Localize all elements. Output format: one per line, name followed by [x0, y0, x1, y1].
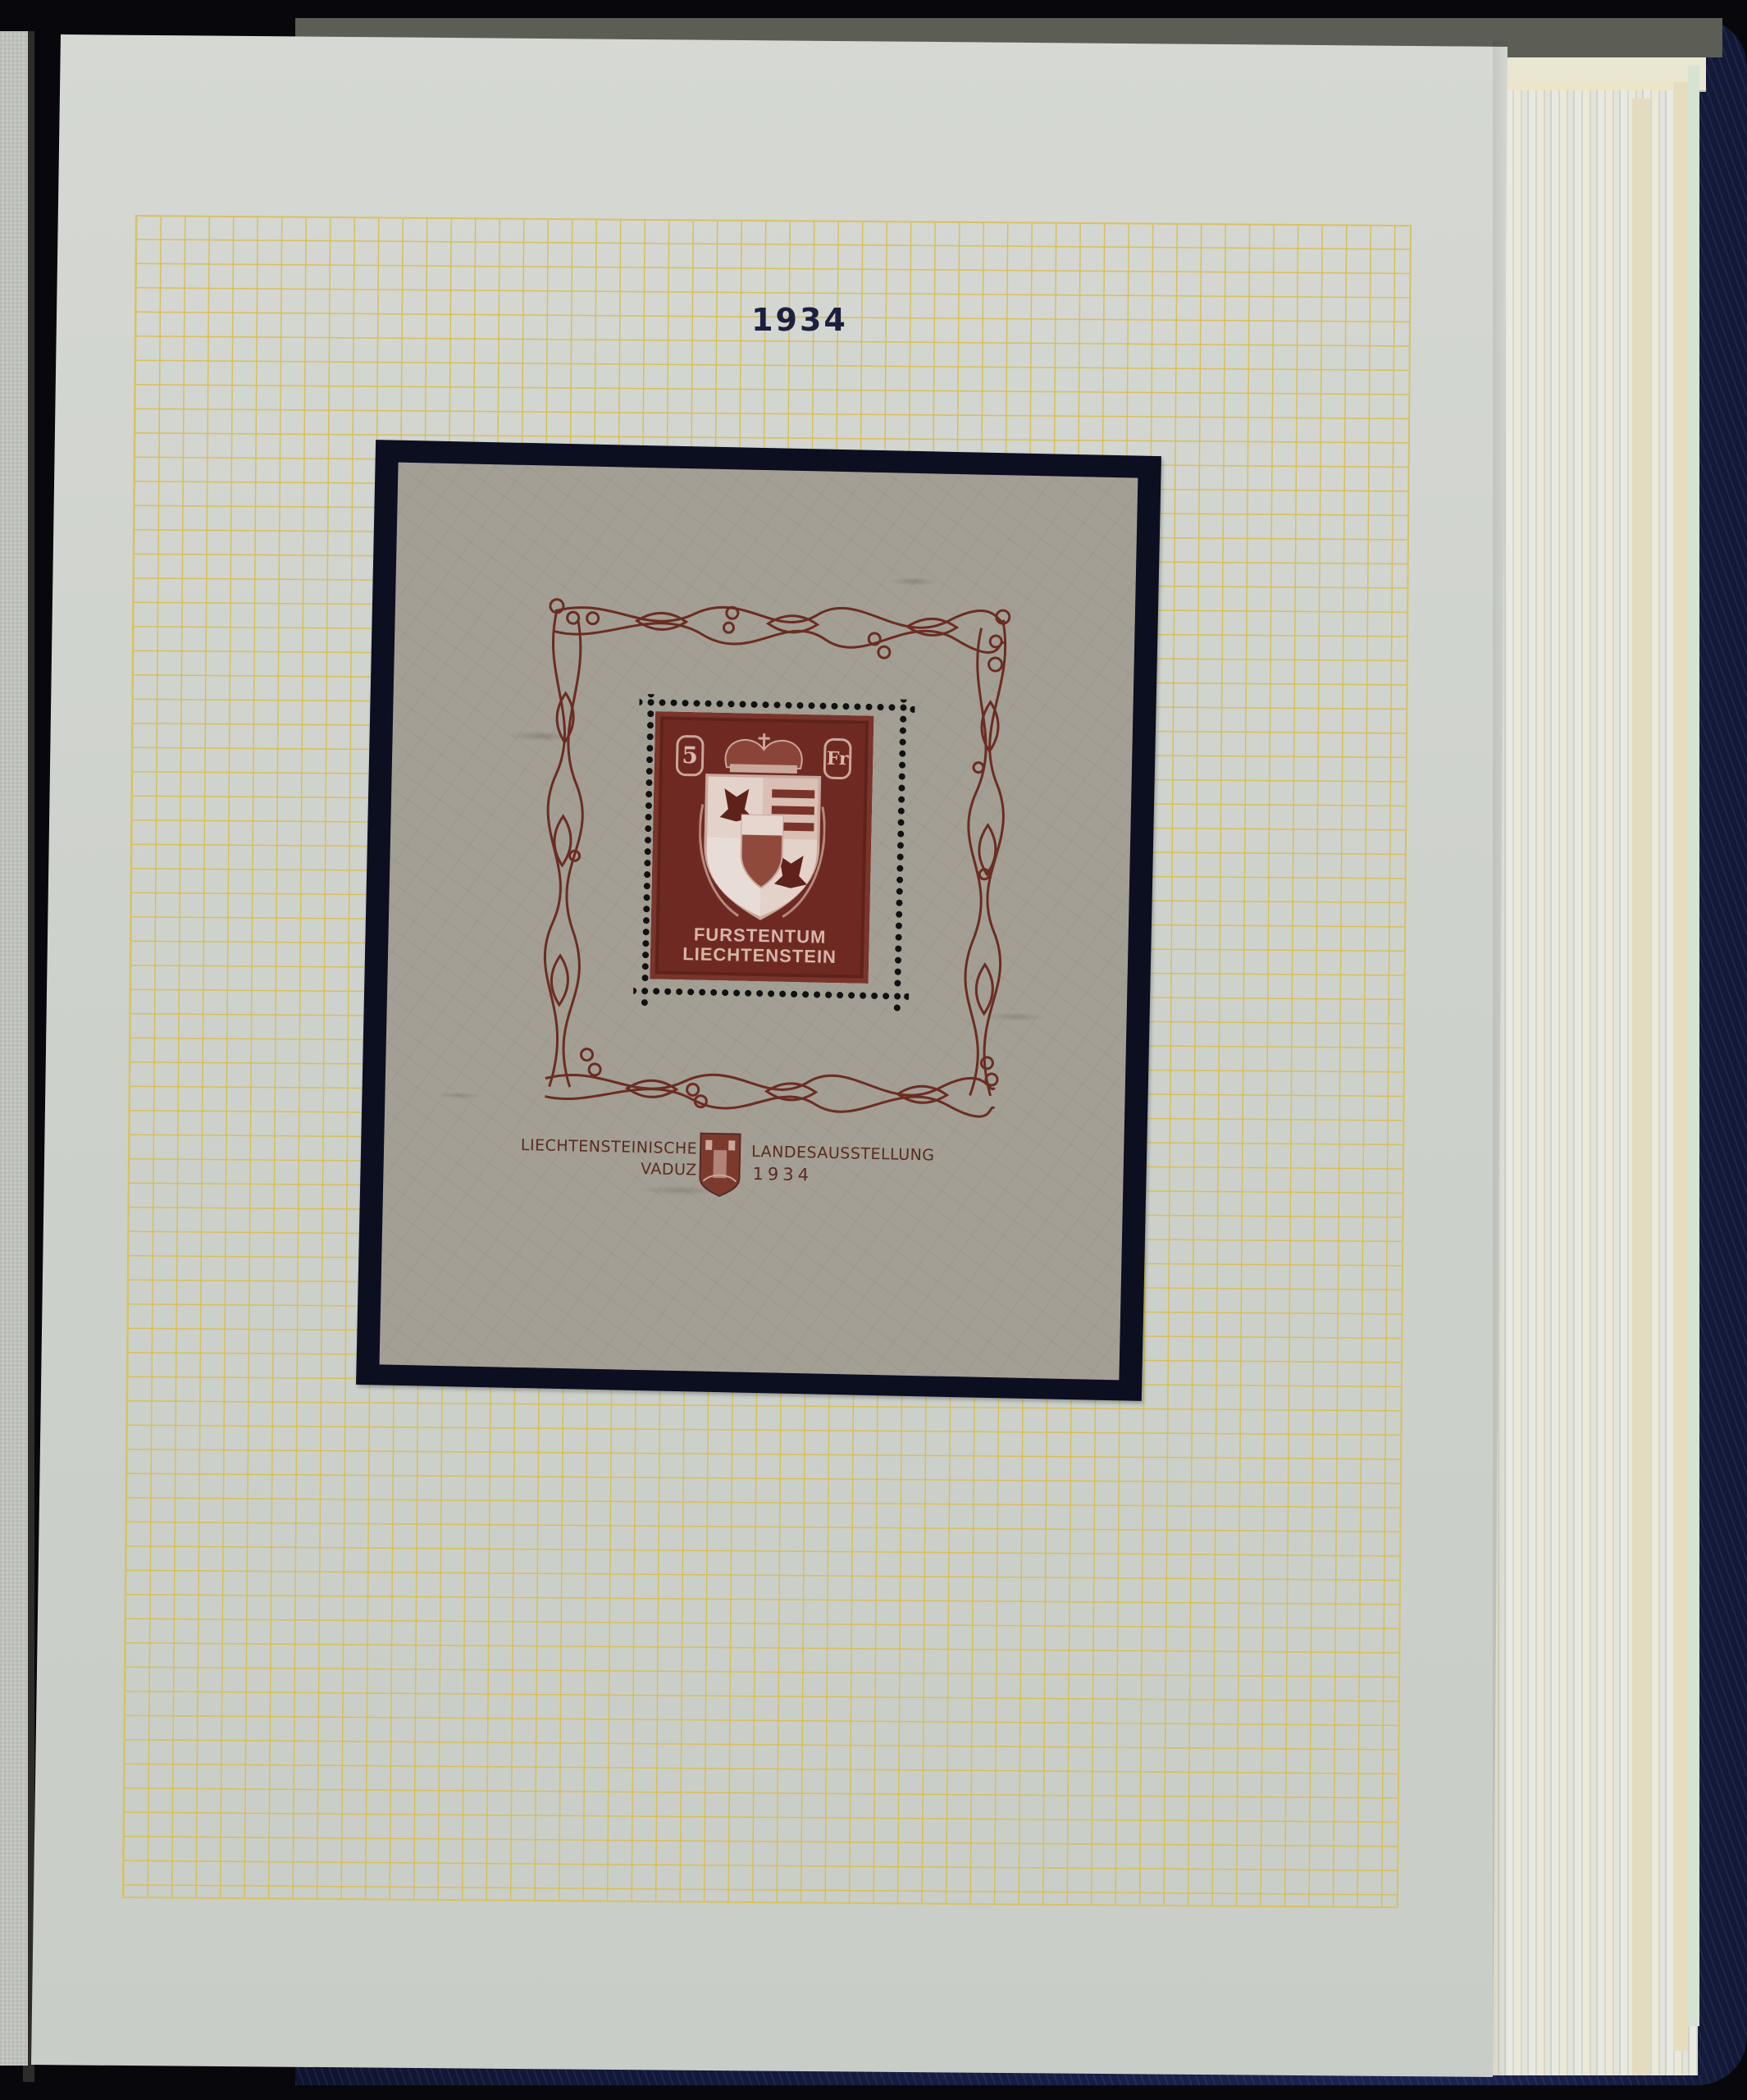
stamp-value: 5 [676, 735, 705, 777]
souvenir-sheet[interactable]: 5 Fr [380, 463, 1138, 1381]
left-facing-page [0, 31, 28, 2066]
page-stack-interleaf [1632, 98, 1650, 2075]
crown-icon [718, 731, 810, 775]
stamp-currency: Fr [823, 738, 852, 780]
page-edge-shadow [1493, 41, 1509, 2075]
coat-of-arms-icon [697, 771, 827, 921]
stamp-mount[interactable]: 5 Fr [356, 440, 1161, 1401]
page-stack-edges [1476, 90, 1698, 2075]
caption-left-line1: LIECHTENSTEINISCHE [521, 1136, 698, 1158]
caption-right-line2: 1934 [752, 1164, 813, 1185]
stamp-text-line2: LIECHTENSTEIN [650, 943, 869, 969]
caption-right-line1: LANDESAUSSTELLUNG [751, 1143, 935, 1165]
page-stack-interleaf-2 [1673, 82, 1688, 2051]
page-stack-endpaper [1688, 66, 1699, 2026]
caption-left-line2: VADUZ [641, 1160, 697, 1179]
stamp[interactable]: 5 Fr [650, 711, 873, 983]
page-title: 1934 [750, 302, 849, 338]
vaduz-shield-icon [698, 1132, 742, 1198]
